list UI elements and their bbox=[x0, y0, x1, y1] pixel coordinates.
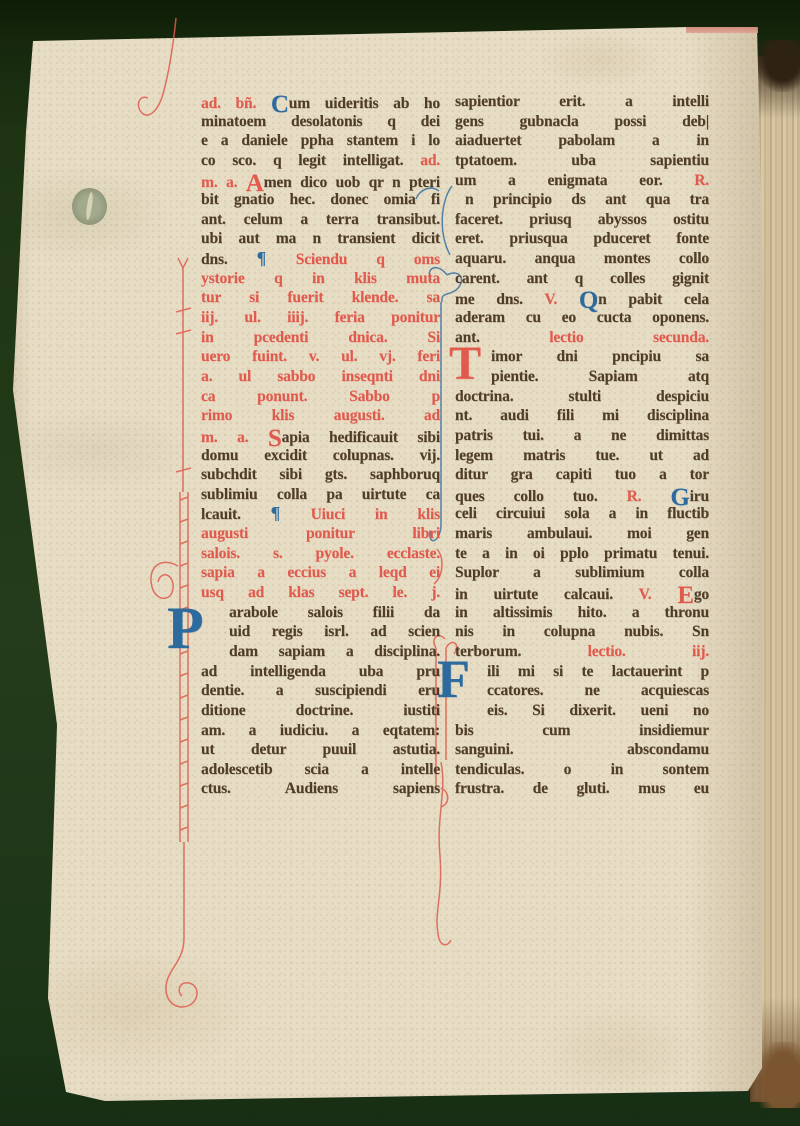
text-line: ccatores. ne acquiescas bbox=[455, 681, 709, 701]
text-column-right: sapientior erit. a intelligens gubnacla … bbox=[455, 92, 709, 799]
text-line: iij. ul. iiij. feria ponitur bbox=[201, 308, 440, 328]
rubric-text: a. ul sabbo inseqnti dni bbox=[201, 368, 440, 385]
text-line: ctus. Audiens sapiens bbox=[201, 779, 440, 799]
text-line: sublimiu colla pa uirtute ca bbox=[201, 485, 440, 505]
text-line: aderam cu eo cucta oponens. bbox=[455, 308, 709, 328]
body-text: in altissimis hito. a thronu bbox=[455, 604, 709, 621]
body-text: adolescetib scia a intelle bbox=[201, 761, 440, 778]
rubric-text: V. bbox=[544, 291, 579, 308]
manuscript-photo: ad. bñ. Cum uideritis ab hominatoem deso… bbox=[0, 0, 800, 1126]
body-text: ant. celum a terra transibut. bbox=[201, 211, 440, 228]
text-line: bis cum insidiemur bbox=[455, 721, 709, 741]
body-text: um uideritis ab ho bbox=[289, 95, 440, 112]
text-line: pientie. Sapiam atq bbox=[455, 367, 709, 387]
text-line: ad intelligenda uba pru bbox=[201, 662, 440, 682]
rubric-text: V. bbox=[639, 586, 678, 603]
body-text: nt. audi fili mi disciplina bbox=[455, 407, 709, 424]
text-line: tur si fuerit klende. sa bbox=[201, 288, 440, 308]
text-line: me dns. V. Qn pabit cela bbox=[455, 288, 709, 308]
body-text: nis in colupna nubis. Sn bbox=[455, 623, 709, 640]
body-text: domu excidit colupnas. vij. bbox=[201, 447, 440, 464]
text-line: nt. audi fili mi disciplina bbox=[455, 406, 709, 426]
rubric-text: augusti ponitur libri bbox=[201, 525, 440, 542]
text-line: co sco. q legit intelligat. ad. bbox=[201, 151, 440, 171]
text-line: salois. s. pyole. ecclaste. bbox=[201, 544, 440, 564]
rubric-text: ad. bbox=[420, 152, 440, 169]
decorated-initial-F: F bbox=[437, 652, 470, 706]
text-line: ut detur puuil astutia. bbox=[201, 740, 440, 760]
body-text: apia hedificauit sibi bbox=[282, 429, 440, 446]
rubric-text: Uiuci in klis bbox=[311, 506, 440, 523]
rubric-text: sapia a eccius a leqd ei bbox=[201, 564, 440, 581]
text-line: celi circuiui sola a in fluctib bbox=[455, 504, 709, 524]
body-text: sublimiu colla pa uirtute ca bbox=[201, 486, 440, 503]
body-text: me dns. bbox=[455, 291, 544, 308]
text-line: adolescetib scia a intelle bbox=[201, 760, 440, 780]
text-line: legem matris tue. ut ad bbox=[455, 446, 709, 466]
text-line: nis in colupna nubis. Sn bbox=[455, 622, 709, 642]
rubric-text: ad. bñ. bbox=[201, 95, 271, 112]
rubric-text: R. bbox=[694, 172, 709, 189]
body-text: tptatoem. uba sapientiu bbox=[455, 152, 709, 169]
text-line: ditur gra capiti tuo a tor bbox=[455, 465, 709, 485]
text-line: in uirtute calcaui. V. Ego bbox=[455, 583, 709, 603]
text-line: arabole salois filii da bbox=[201, 603, 440, 623]
text-line: te a in oi pplo primatu tenui. bbox=[455, 544, 709, 564]
text-line: tendiculas. o in sontem bbox=[455, 760, 709, 780]
text-line: sapia a eccius a leqd ei bbox=[201, 563, 440, 583]
body-text: subchdit sibi gts. saphboruq bbox=[201, 466, 440, 483]
text-line: in altissimis hito. a thronu bbox=[455, 603, 709, 623]
body-text: am. a iudiciu. a eqtatem: bbox=[201, 722, 440, 739]
rubric-text: rimo klis augusti. ad bbox=[201, 407, 440, 424]
body-text: tendiculas. o in sontem bbox=[455, 761, 709, 778]
body-text: dns. bbox=[201, 251, 257, 268]
body-text: ccatores. ne acquiescas bbox=[487, 682, 709, 699]
text-line: eis. Si dixerit. ueni no bbox=[455, 701, 709, 721]
folio-edge-bottom-stain bbox=[758, 1042, 800, 1108]
rubric-text: m. a. bbox=[201, 174, 246, 191]
text-line: am. a iudiciu. a eqtatem: bbox=[201, 721, 440, 741]
text-line: ditione doctrine. iustiti bbox=[201, 701, 440, 721]
rubric-text: in pcedenti dnica. Si bbox=[201, 329, 440, 346]
body-text: maris ambulaui. moi gen bbox=[455, 525, 709, 542]
body-text: eis. Si dixerit. ueni no bbox=[487, 702, 709, 719]
body-text: ditur gra capiti tuo a tor bbox=[455, 466, 709, 483]
text-line: dentie. a suscipiendi eru bbox=[201, 681, 440, 701]
paragraph-mark: ¶ bbox=[271, 503, 311, 523]
body-text: gens gubnacla possi deb| bbox=[455, 113, 709, 130]
text-line: ant. lectio secunda. bbox=[455, 328, 709, 348]
page-top-colored-edge bbox=[686, 27, 758, 33]
body-text: in uirtute calcaui. bbox=[455, 586, 639, 603]
rubric-text: m. a. bbox=[201, 429, 268, 446]
text-line: uero fuint. v. ul. vj. feri bbox=[201, 347, 440, 367]
body-text: frustra. de gluti. mus eu bbox=[455, 780, 709, 797]
decorated-initial-T: T bbox=[449, 340, 481, 388]
text-line: n principio ds ant qua tra bbox=[455, 190, 709, 210]
text-line: usq ad klas sept. le. j. bbox=[201, 583, 440, 603]
text-column-left: ad. bñ. Cum uideritis ab hominatoem deso… bbox=[201, 92, 440, 799]
text-line: eret. priusqua pduceret fonte bbox=[455, 229, 709, 249]
body-text: men dico uob qr n pteri bbox=[264, 174, 440, 191]
text-line: dns. ¶ Sciendu q oms bbox=[201, 249, 440, 269]
text-line: ques collo tuo. R. Giru bbox=[455, 485, 709, 505]
text-line: tptatoem. uba sapientiu bbox=[455, 151, 709, 171]
body-text: go bbox=[694, 586, 709, 603]
text-line: um a enigmata eor. R. bbox=[455, 171, 709, 191]
body-text: e a daniele ppha stantem i lo bbox=[201, 132, 440, 149]
text-line: ystorie q in klis muta bbox=[201, 269, 440, 289]
text-line: e a daniele ppha stantem i lo bbox=[201, 131, 440, 151]
body-text: bit gnatio hec. donec omia fi bbox=[201, 191, 440, 208]
body-text: doctrina. stulti despiciu bbox=[455, 388, 709, 405]
body-text: n pabit cela bbox=[598, 291, 709, 308]
rubric-text: lectio. iij. bbox=[588, 643, 709, 660]
body-text: um a enigmata eor. bbox=[455, 172, 694, 189]
text-line: carent. ant q colles gignit bbox=[455, 269, 709, 289]
parchment-hole bbox=[72, 188, 107, 225]
text-line: dam sapiam a disciplina. bbox=[201, 642, 440, 662]
body-text: patris tui. a ne dimittas bbox=[455, 427, 709, 444]
body-text: sapientior erit. a intelli bbox=[455, 93, 709, 110]
text-line: gens gubnacla possi deb| bbox=[455, 112, 709, 132]
body-text: ut detur puuil astutia. bbox=[201, 741, 440, 758]
body-text: ubi aut ma n transient dicit bbox=[201, 230, 440, 247]
body-text: dam sapiam a disciplina. bbox=[229, 643, 440, 660]
body-text: sanguini. abscondamu bbox=[455, 741, 709, 758]
body-text: uid regis isrl. ad scien bbox=[229, 623, 440, 640]
body-text: n principio ds ant qua tra bbox=[465, 191, 709, 208]
rubric-text: iij. ul. iiij. feria ponitur bbox=[201, 309, 440, 326]
body-text: ques collo tuo. bbox=[455, 488, 627, 505]
text-line: faceret. priusq abyssos ostitu bbox=[455, 210, 709, 230]
rubric-text: ystorie q in klis muta bbox=[201, 270, 440, 287]
text-line: Suplor a sublimium colla bbox=[455, 563, 709, 583]
folio-edge-top-stain bbox=[756, 40, 800, 92]
text-line: augusti ponitur libri bbox=[201, 524, 440, 544]
text-line: aiaduertet pabolam a in bbox=[455, 131, 709, 151]
body-text: arabole salois filii da bbox=[229, 604, 440, 621]
body-text: legem matris tue. ut ad bbox=[455, 447, 709, 464]
body-text: aderam cu eo cucta oponens. bbox=[455, 309, 709, 326]
body-text: lcauit. bbox=[201, 506, 271, 523]
text-line: ubi aut ma n transient dicit bbox=[201, 229, 440, 249]
text-line: domu excidit colupnas. vij. bbox=[201, 446, 440, 466]
rubric-text: tur si fuerit klende. sa bbox=[201, 289, 440, 306]
text-line: sapientior erit. a intelli bbox=[455, 92, 709, 112]
body-text: ad intelligenda uba pru bbox=[201, 663, 440, 680]
text-line: lcauit. ¶ Uiuci in klis bbox=[201, 504, 440, 524]
text-line: subchdit sibi gts. saphboruq bbox=[201, 465, 440, 485]
text-line: patris tui. a ne dimittas bbox=[455, 426, 709, 446]
body-text: celi circuiui sola a in fluctib bbox=[455, 505, 709, 522]
text-line: rimo klis augusti. ad bbox=[201, 406, 440, 426]
body-text: aquaru. anqua montes collo bbox=[455, 250, 709, 267]
text-line: sanguini. abscondamu bbox=[455, 740, 709, 760]
text-line: in pcedenti dnica. Si bbox=[201, 328, 440, 348]
body-text: eret. priusqua pduceret fonte bbox=[455, 230, 709, 247]
body-text: ili mi si te lactauerint p bbox=[487, 663, 709, 680]
text-line: maris ambulaui. moi gen bbox=[455, 524, 709, 544]
body-text: bis cum insidiemur bbox=[455, 722, 709, 739]
text-line: bit gnatio hec. donec omia fi bbox=[201, 190, 440, 210]
body-text: Suplor a sublimium colla bbox=[455, 564, 709, 581]
text-line: ant. celum a terra transibut. bbox=[201, 210, 440, 230]
rubric-text: ca ponunt. Sabbo p bbox=[201, 388, 440, 405]
text-line: terborum. lectio. iij. bbox=[455, 642, 709, 662]
rubric-text: uero fuint. v. ul. vj. feri bbox=[201, 348, 440, 365]
body-text: pientie. Sapiam atq bbox=[491, 368, 709, 385]
rubric-text: salois. s. pyole. ecclaste. bbox=[201, 545, 440, 562]
paragraph-mark: ¶ bbox=[257, 248, 296, 268]
body-text: dentie. a suscipiendi eru bbox=[201, 682, 440, 699]
text-line: m. a. Sapia hedificauit sibi bbox=[201, 426, 440, 446]
text-line: a. ul sabbo inseqnti dni bbox=[201, 367, 440, 387]
rubric-text: lectio secunda. bbox=[549, 329, 709, 346]
body-text: carent. ant q colles gignit bbox=[455, 270, 709, 287]
body-text: ditione doctrine. iustiti bbox=[201, 702, 440, 719]
body-text: ctus. Audiens sapiens bbox=[201, 780, 440, 797]
text-line: frustra. de gluti. mus eu bbox=[455, 779, 709, 799]
text-line: ad. bñ. Cum uideritis ab ho bbox=[201, 92, 440, 112]
body-text: aiaduertet pabolam a in bbox=[455, 132, 709, 149]
body-text: minatoem desolatonis q dei bbox=[201, 113, 440, 130]
text-line: imor dni pncipiu sa bbox=[455, 347, 709, 367]
text-line: uid regis isrl. ad scien bbox=[201, 622, 440, 642]
rubric-text: Sciendu q oms bbox=[296, 251, 440, 268]
body-text: te a in oi pplo primatu tenui. bbox=[455, 545, 709, 562]
text-line: ca ponunt. Sabbo p bbox=[201, 387, 440, 407]
text-line: ili mi si te lactauerint p bbox=[455, 662, 709, 682]
rubric-text: usq ad klas sept. le. j. bbox=[201, 584, 440, 601]
text-line: doctrina. stulti despiciu bbox=[455, 387, 709, 407]
body-text: iru bbox=[690, 488, 709, 505]
decorated-initial-P: P bbox=[167, 598, 204, 658]
text-line: minatoem desolatonis q dei bbox=[201, 112, 440, 132]
body-text: faceret. priusq abyssos ostitu bbox=[455, 211, 709, 228]
text-line: m. a. Amen dico uob qr n pteri bbox=[201, 171, 440, 191]
rubric-text: R. bbox=[627, 488, 671, 505]
body-text: co sco. q legit intelligat. bbox=[201, 152, 420, 169]
text-line: aquaru. anqua montes collo bbox=[455, 249, 709, 269]
body-text: terborum. bbox=[455, 643, 588, 660]
body-text: imor dni pncipiu sa bbox=[491, 348, 709, 365]
